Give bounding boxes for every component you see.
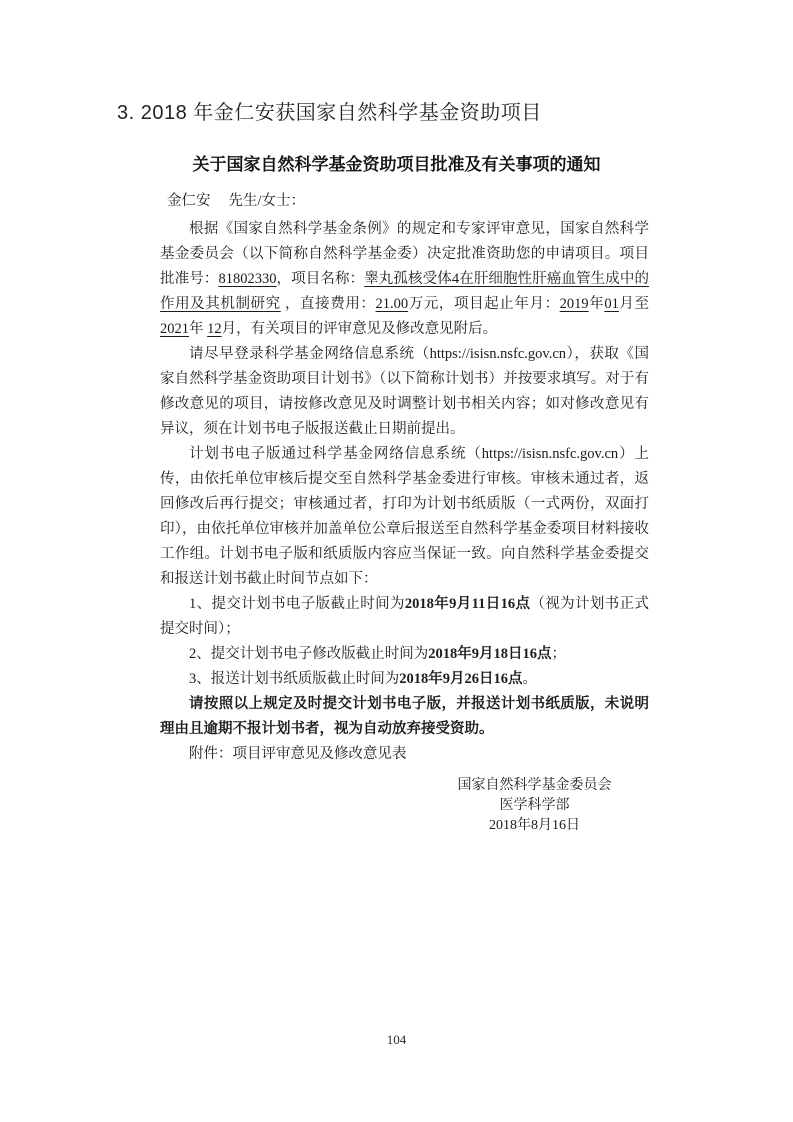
- deadline-text: 2、提交计划书电子修改版截止时间为: [189, 646, 428, 662]
- notice-title: 关于国家自然科学基金资助项目批准及有关事项的通知: [0, 153, 793, 177]
- deadline-text: 3、报送计划书纸质版截止时间为: [189, 671, 399, 687]
- signature-department: 医学科学部: [432, 796, 637, 816]
- section-heading: 3. 2018 年金仁安获国家自然科学基金资助项目: [117, 100, 542, 126]
- end-year: 2021: [160, 321, 189, 337]
- deadline-item-electronic: 1、提交计划书电子版截止时间为2018年9月11日16点（视为计划书正式提交时间…: [160, 592, 649, 642]
- attachment-line: 附件：项目评审意见及修改意见表: [160, 742, 649, 767]
- notice-body: 金仁安先生/女士： 根据《国家自然科学基金条例》的规定和专家评审意见，国家自然科…: [160, 189, 649, 836]
- approval-text: 月，有关项目的评审意见及修改意见附后。: [222, 321, 498, 337]
- paragraph-warning: 请按照以上规定及时提交计划书电子版，并报送计划书纸质版，未说明理由且逾期不报计划…: [160, 692, 649, 742]
- approval-text: ，项目名称：: [276, 271, 364, 287]
- recipient-name: 金仁安: [167, 193, 211, 209]
- paragraph-approval: 根据《国家自然科学基金条例》的规定和专家评审意见，国家自然科学基金委员会（以下简…: [160, 217, 649, 342]
- approval-text: 年: [589, 296, 605, 312]
- end-month: 12: [207, 321, 222, 337]
- recipient-honorific: 先生/女士：: [229, 193, 306, 209]
- approval-text: 年: [189, 321, 207, 337]
- paragraph-submission: 计划书电子版通过科学基金网络信息系统（https://isisn.nsfc.go…: [160, 442, 649, 592]
- salutation: 金仁安先生/女士：: [160, 189, 649, 214]
- grant-number: 81802330: [218, 271, 276, 287]
- deadline-item-revised: 2、提交计划书电子修改版截止时间为2018年9月18日16点；: [160, 642, 649, 667]
- start-year: 2019: [560, 296, 589, 312]
- signature-organization: 国家自然科学基金委员会: [432, 776, 637, 796]
- page-number: 104: [0, 1032, 793, 1048]
- paragraph-login: 请尽早登录科学基金网络信息系统（https://isisn.nsfc.gov.c…: [160, 342, 649, 442]
- deadline-text: 。: [523, 671, 538, 687]
- approval-text: 万元，项目起止年月：: [408, 296, 560, 312]
- deadline-date: 2018年9月18日16点: [428, 646, 551, 662]
- deadline-text: 1、提交计划书电子版截止时间为: [189, 596, 405, 612]
- signature-block: 国家自然科学基金委员会 医学科学部 2018年8月16日: [432, 776, 637, 836]
- approval-text: ，直接费用：: [281, 296, 376, 312]
- deadline-date: 2018年9月26日16点: [399, 671, 522, 687]
- start-month: 01: [604, 296, 619, 312]
- signature-date: 2018年8月16日: [432, 816, 637, 836]
- approval-text: 月至: [619, 296, 649, 312]
- deadline-item-paper: 3、报送计划书纸质版截止时间为2018年9月26日16点。: [160, 667, 649, 692]
- document-page: 3. 2018 年金仁安获国家自然科学基金资助项目 关于国家自然科学基金资助项目…: [0, 0, 793, 1122]
- deadline-text: ；: [552, 646, 567, 662]
- funding-amount: 21.00: [376, 296, 409, 312]
- deadline-date: 2018年9月11日16点: [405, 596, 530, 612]
